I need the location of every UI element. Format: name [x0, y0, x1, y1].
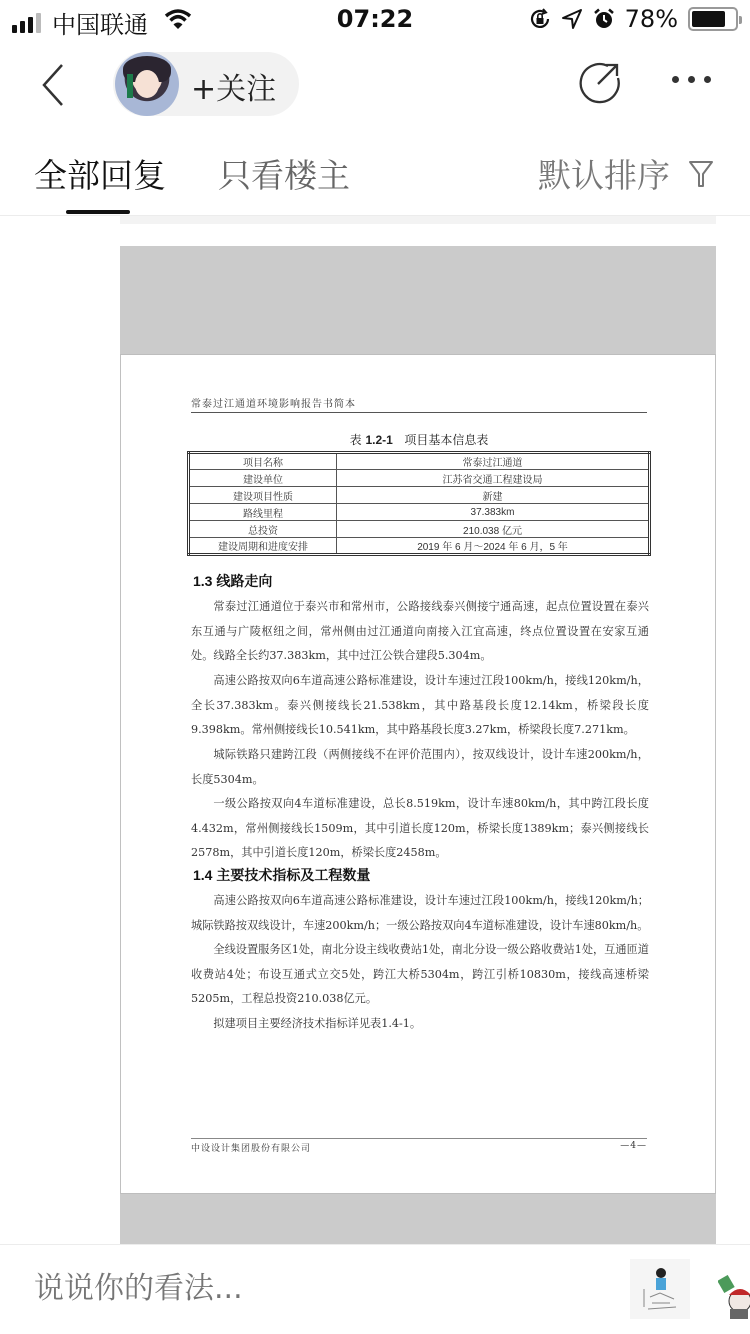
more-options-icon[interactable]: [672, 76, 711, 83]
sticker-thumbnail[interactable]: [718, 1275, 750, 1319]
table-row: 建设周期和进度安排2019 年 6 月～2024 年 6 月，5 年: [189, 538, 650, 555]
paragraph: 一级公路按双向4车道标准建设，总长8.519km，设计车速80km/h，其中跨江…: [191, 792, 649, 866]
location-icon: [561, 8, 583, 30]
paragraph: 城际铁路只建跨江段（两侧接线不在评价范围内），按双线设计，设计车速200km/h…: [191, 743, 649, 792]
tab-op-only[interactable]: 只看楼主: [218, 150, 350, 197]
sort-button[interactable]: 默认排序: [538, 150, 714, 197]
section-title: 1.4 主要技术指标及工程数量: [193, 865, 370, 885]
status-bar: 中国联通 07:22 78%: [0, 0, 750, 40]
document-header: 常泰过江通道环境影响报告书简本: [191, 395, 647, 413]
footer-company: 中设设计集团股份有限公司: [191, 1141, 311, 1154]
back-icon[interactable]: [36, 60, 72, 110]
battery-percent: 78%: [625, 5, 678, 33]
battery-icon: [688, 7, 738, 31]
paragraph: 全线设置服务区1处，南北分设主线收费站1处，南北分设一级公路收费站1处，互通匝道…: [191, 938, 649, 1012]
table-caption: 表 1.2-1 项目基本信息表: [121, 431, 717, 448]
document-page: 常泰过江通道环境影响报告书简本 表 1.2-1 项目基本信息表 项目名称常泰过江…: [120, 354, 716, 1194]
paragraph: 高速公路按双向6车道高速公路标准建设，设计车速过江段100km/h，接线120k…: [191, 669, 649, 743]
section-title: 1.3 线路走向: [193, 571, 272, 591]
comment-input[interactable]: [34, 1271, 554, 1306]
follow-button[interactable]: +关注: [113, 52, 299, 116]
table-row: 建设单位江苏省交通工程建设局: [189, 470, 650, 487]
reply-tabs: 全部回复 只看楼主 默认排序: [0, 130, 750, 216]
table-row: 项目名称常泰过江通道: [189, 453, 650, 470]
table-row: 建设项目性质新建: [189, 487, 650, 504]
paragraph: 常泰过江通道位于泰兴市和常州市，公路接线泰兴侧接宁通高速，起点位置设置在泰兴东互…: [191, 595, 649, 669]
table-row: 路线里程37.383km: [189, 504, 650, 521]
table-row: 总投资210.038 亿元: [189, 521, 650, 538]
rotation-lock-icon: [529, 8, 551, 30]
comment-bar: [0, 1244, 750, 1334]
share-icon[interactable]: [578, 60, 622, 104]
sticker-thumbnail[interactable]: [630, 1259, 690, 1319]
tab-all-replies[interactable]: 全部回复: [34, 150, 166, 197]
filter-icon: [688, 159, 714, 189]
post-image[interactable]: 常泰过江通道环境影响报告书简本 表 1.2-1 项目基本信息表 项目名称常泰过江…: [120, 246, 716, 1244]
previous-post-edge: [120, 216, 716, 224]
page-number: —4—: [620, 1141, 647, 1154]
paragraph: 拟建项目主要经济技术指标详见表1.4-1。: [191, 1012, 649, 1037]
follow-label: +关注: [191, 64, 276, 108]
active-tab-indicator: [66, 210, 130, 214]
paragraph: 高速公路按双向6车道高速公路标准建设，设计车速过江段100km/h，接线120k…: [191, 889, 649, 938]
avatar[interactable]: [115, 52, 179, 116]
alarm-icon: [593, 8, 615, 30]
project-info-table: 项目名称常泰过江通道 建设单位江苏省交通工程建设局 建设项目性质新建 路线里程3…: [187, 451, 651, 556]
document-footer: 中设设计集团股份有限公司 —4—: [191, 1138, 647, 1154]
sort-label: 默认排序: [538, 150, 670, 197]
nav-bar: +关注: [0, 40, 750, 130]
